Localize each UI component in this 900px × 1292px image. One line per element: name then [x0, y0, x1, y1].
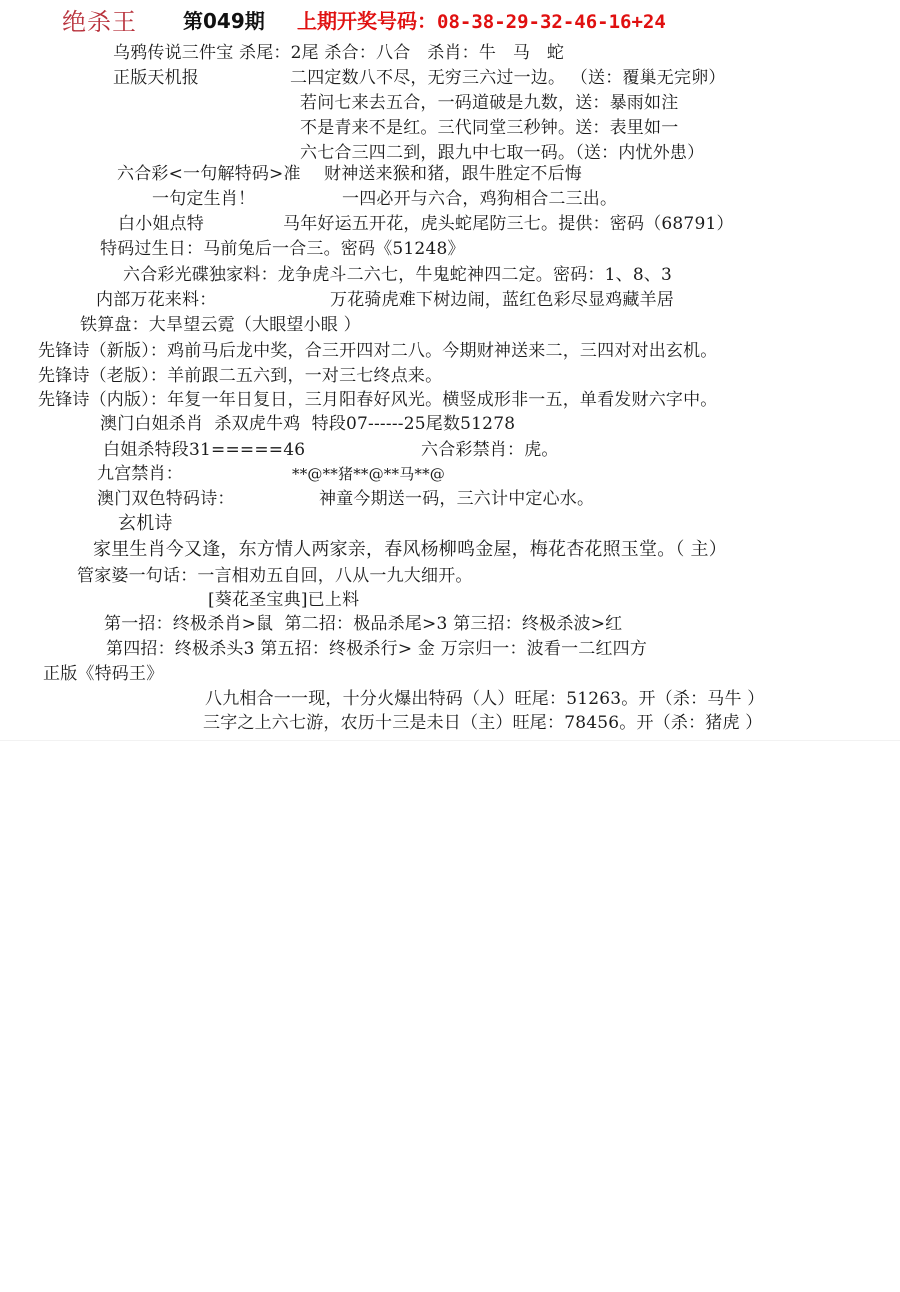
text-line-moves-1-3: 第一招：终极杀肖>鼠 第二招：极品杀尾>3 第三招：终极杀波>红	[104, 613, 622, 635]
text-line-shuangse-verse: 神童今期送一码，三六计中定心水。	[319, 488, 594, 510]
text-line-xuanji-title: 玄机诗	[118, 513, 173, 535]
text-line-moves-4-5: 第四招：终极杀头3 第五招：终极杀行> 金 万宗归一：波看一二红四方	[106, 638, 647, 660]
text-line-shengxiao-label: 一句定生肖！	[152, 188, 255, 210]
last-result-numbers: 08-38-29-32-46-16+24	[437, 11, 666, 33]
text-line-liuhecai-verse: 财神送来猴和猪，跟牛胜定不后悔	[324, 163, 582, 185]
text-line-forbidden-tiger: 六合彩禁肖：虎。	[421, 439, 559, 461]
text-line-shengxiao-verse: 一四必开与六合，鸡狗相合二三出。	[342, 188, 617, 210]
text-line-tema-birthday: 特码过生日：马前兔后一合三。密码《51248》	[100, 238, 465, 260]
text-line-temawang-1: 八九相合一一现，十分火爆出特码（人）旺尾：51263。开（杀：马牛 ）	[205, 688, 764, 710]
text-line-jiugong-value: **@**猪**@**马**@	[292, 463, 445, 485]
text-line-shuangse-label: 澳门双色特码诗：	[97, 488, 235, 510]
text-line-baixiaojie-label: 白小姐点特	[118, 213, 204, 235]
text-line-tianjibao-4: 六七合三四二到，跟九中七取一码。（送：内忧外患）	[300, 142, 704, 164]
text-line-cd-exclusive: 六合彩光碟独家料：龙争虎斗二六七，牛鬼蛇神四二定。密码：1、8、3	[123, 264, 672, 286]
text-line-xuanji-verse: 家里生肖今又逢，东方情人两家亲，春风杨柳鸣金屋，梅花杏花照玉堂。（ 主）	[93, 539, 727, 561]
text-line-jiugong-label: 九宫禁肖：	[97, 463, 183, 485]
text-line-xianfeng-old: 先锋诗（老版）：羊前跟二五六到，一对三七终点来。	[38, 365, 442, 387]
text-line-baijie-segment: 白姐杀特段31=====46	[103, 439, 305, 461]
text-line-xianfeng-inner: 先锋诗（内版）：年复一年日复日，三月阳春好风光。横竖成形非一五，单看发财六字中。	[38, 389, 718, 411]
document-sheet: 绝杀王 第049期 上期开奖号码：08-38-29-32-46-16+24 乌鸦…	[0, 0, 900, 741]
text-line-tianjibao-1: 二四定数八不尽，无穷三六过一边。 （送：覆巢无完卵）	[290, 67, 726, 89]
text-line-macau-baijie: 澳门白姐杀肖 杀双虎牛鸡 特段07------25尾数51278	[100, 413, 515, 435]
issue-number: 第049期	[183, 5, 265, 34]
text-line-baixiaojie-verse: 马年好运五开花，虎头蛇尾防三七。提供：密码（68791）	[283, 213, 734, 235]
text-line-kuihua-title: [葵花圣宝典]已上料	[208, 589, 359, 611]
text-line-crow-legend: 乌鸦传说三件宝 杀尾：2尾 杀合：八合 杀肖：牛 马 蛇	[113, 42, 564, 64]
last-result-label: 上期开奖号码：	[297, 9, 437, 33]
brand-title: 绝杀王	[62, 2, 137, 37]
text-line-temawang-title: 正版《特码王》	[43, 663, 163, 685]
text-line-wanhua-verse: 万花骑虎难下树边闹，蓝红色彩尽显鸡藏羊居	[330, 289, 674, 311]
text-line-xianfeng-new: 先锋诗（新版）：鸡前马后龙中奖，合三开四对二八。今期财神送来二，三四对对出玄机。	[38, 340, 718, 362]
text-line-tianjibao-label: 正版天机报	[113, 67, 199, 89]
text-line-liuhecai-label: 六合彩<一句解特码>准	[117, 163, 301, 185]
text-line-wanhua-label: 内部万花来料：	[96, 289, 216, 311]
text-line-tianjibao-2: 若问七来去五合，一码道破是九数，送：暴雨如注	[300, 92, 678, 114]
text-line-tianjibao-3: 不是青来不是红。三代同堂三秒钟。送：表里如一	[300, 117, 678, 139]
text-line-tiesuanpan: 铁算盘：大旱望云霓（大眼望小眼 ）	[80, 314, 361, 336]
last-result: 上期开奖号码：08-38-29-32-46-16+24	[297, 5, 666, 34]
text-line-temawang-2: 三字之上六七游，农历十三是未日（主）旺尾：78456。开（杀：猪虎 ）	[203, 712, 762, 734]
text-line-guanjiapo: 管家婆一句话：一言相劝五自回，八从一九大细开。	[77, 565, 473, 587]
